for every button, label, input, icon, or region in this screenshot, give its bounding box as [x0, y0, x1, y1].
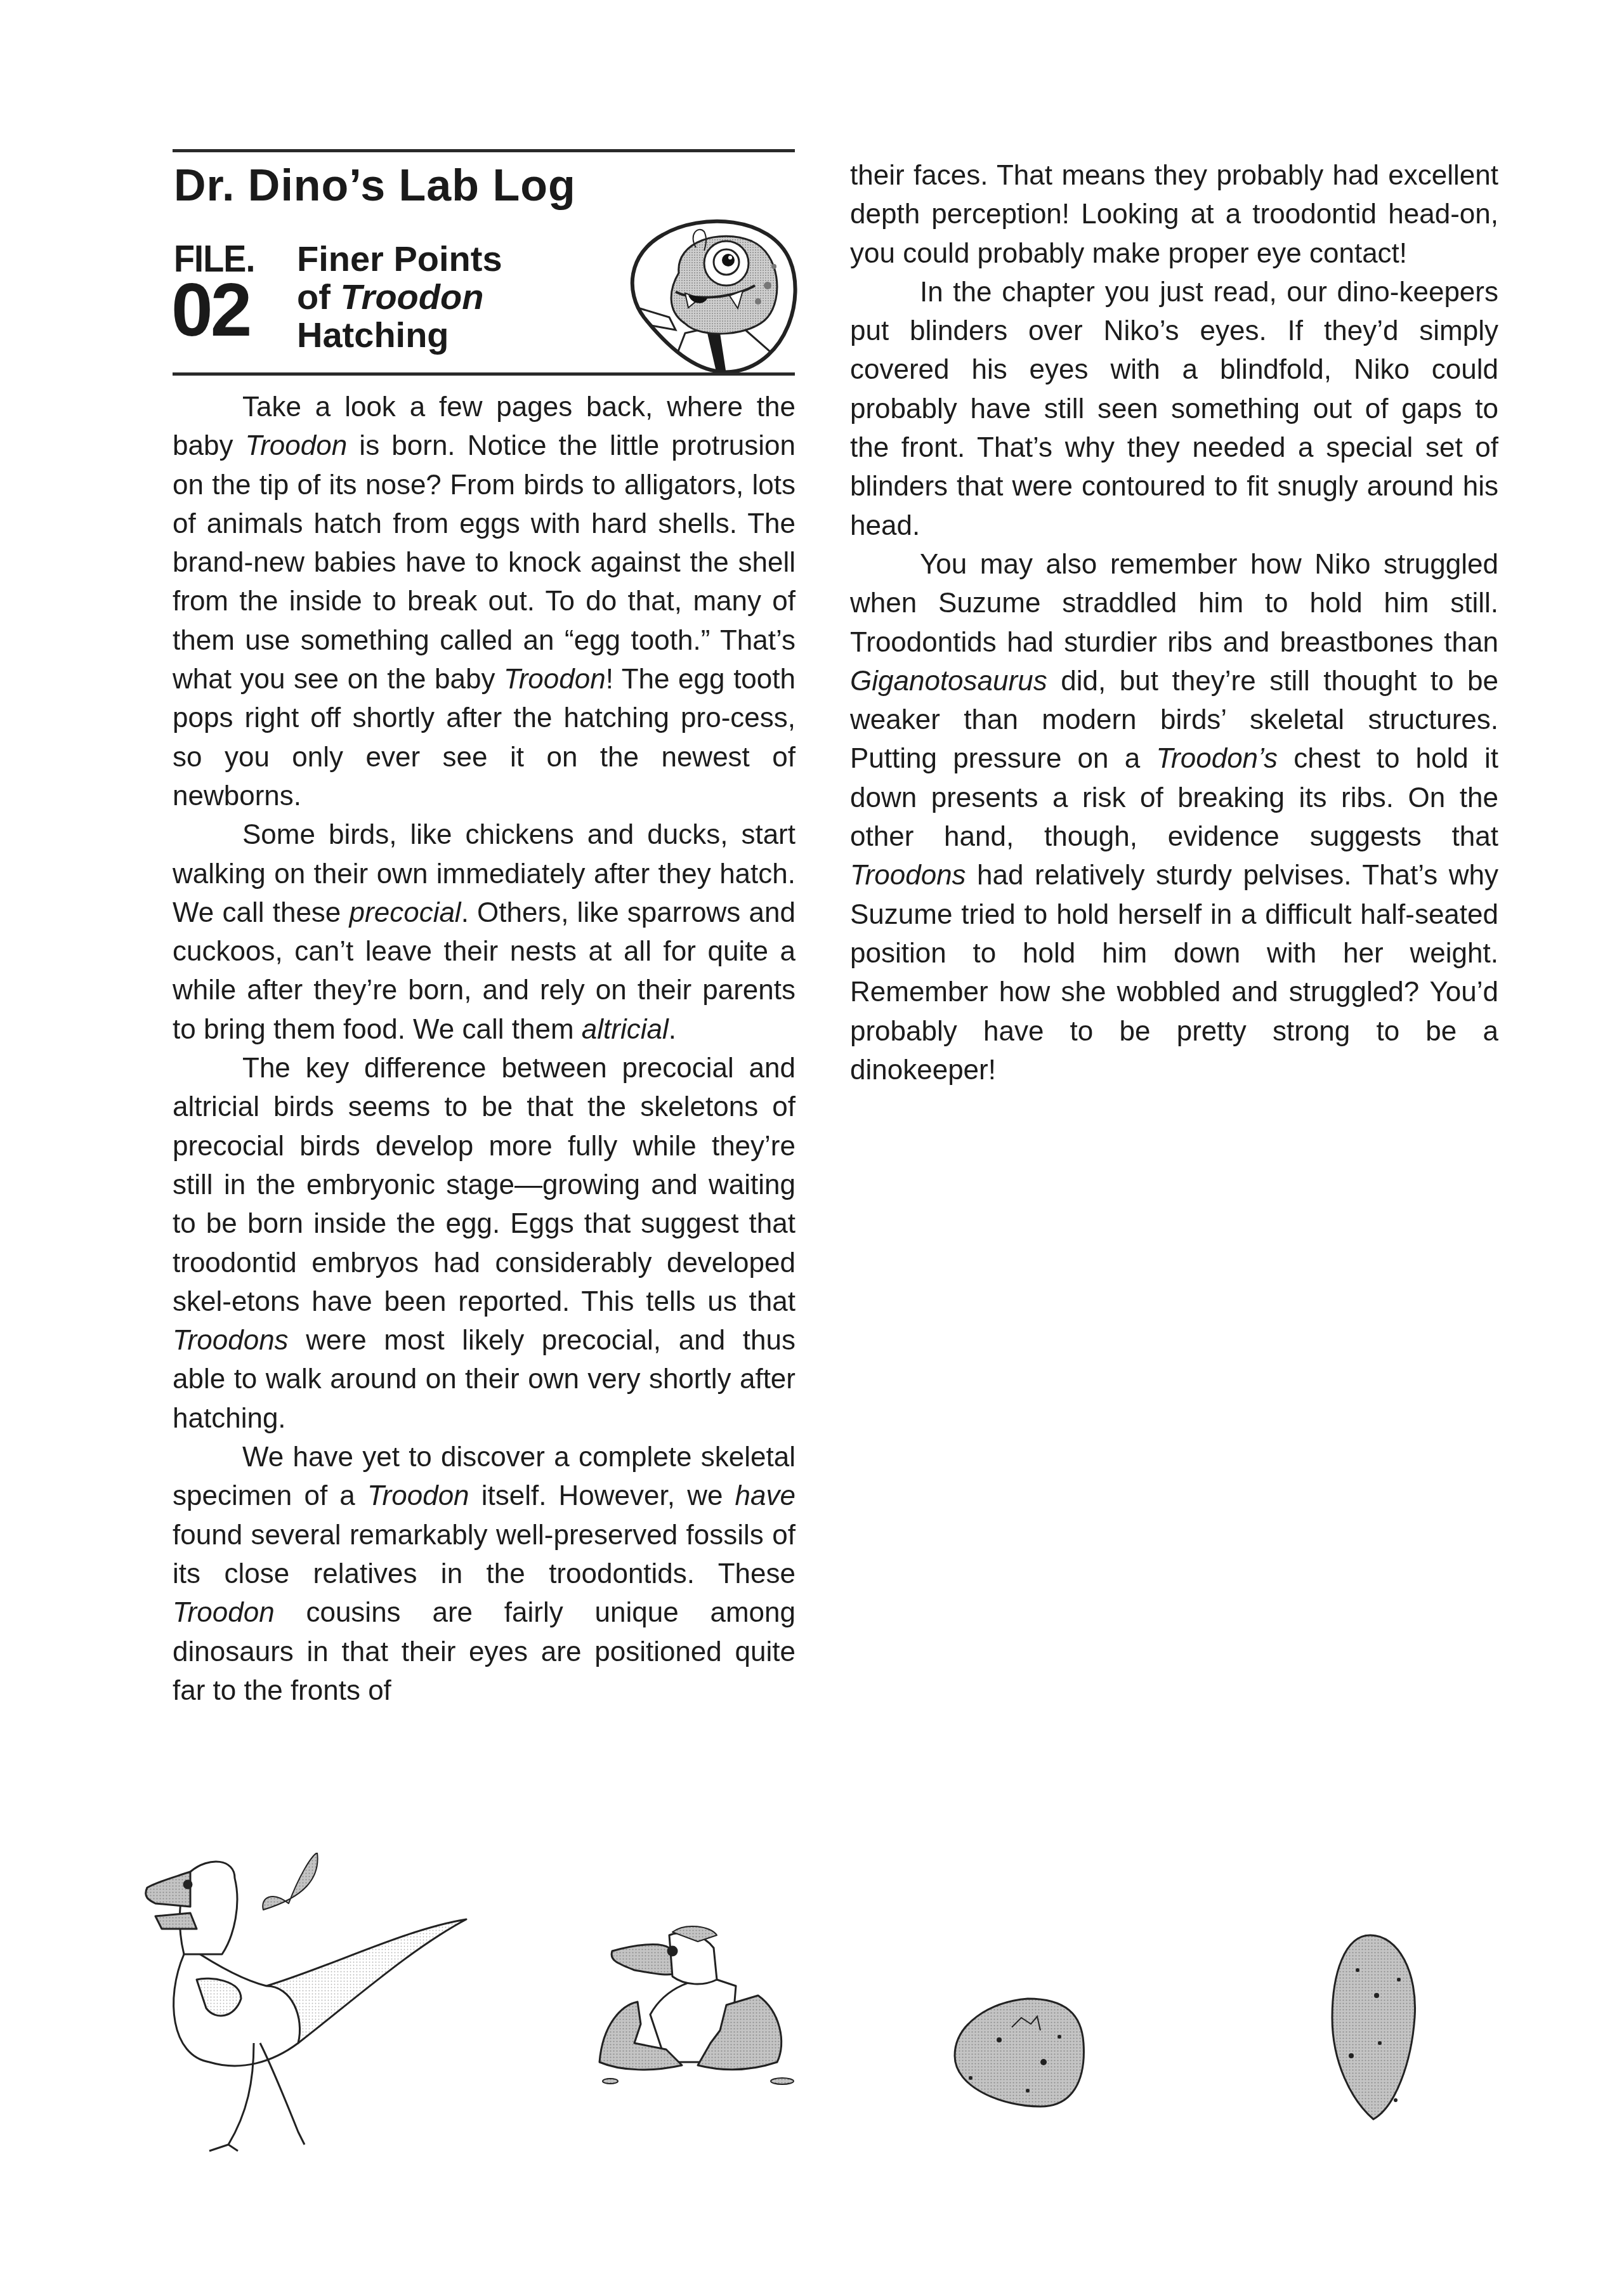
text-run: The key difference between precocial and… [173, 1053, 796, 1317]
article-left-column: Take a look a few pages back, where the … [173, 388, 796, 1710]
paragraph-precocial-altricial: Some birds, like chickens and ducks, sta… [173, 815, 796, 1049]
round-egg-cracked-icon [955, 1999, 1084, 2107]
italic-run: Troodon [367, 1480, 469, 1511]
italic-run: Troodon [246, 430, 348, 461]
hatching-illustrations [0, 1853, 1624, 2233]
paragraph-key-difference: The key difference between precocial and… [173, 1049, 796, 1438]
italic-run: Troodon’s [1156, 743, 1278, 774]
paragraph-suzume: You may also remember how Niko struggled… [850, 545, 1498, 1089]
italic-run: Giganotosaurus [850, 666, 1047, 697]
text-run: itself. However, we [469, 1480, 735, 1511]
elongated-egg-icon [1332, 1935, 1415, 2119]
paragraph-troodontid-fossils: We have yet to discover a complete skele… [173, 1438, 796, 1710]
italic-run: precocial [350, 897, 461, 928]
italic-run: altricial [582, 1014, 669, 1045]
italic-run: Troodon [173, 1597, 275, 1628]
paragraph-egg-tooth: Take a look a few pages back, where the … [173, 388, 796, 815]
article-right-column: their faces. That means they probably ha… [850, 156, 1498, 1089]
file-title-line3: Hatching [297, 316, 502, 354]
file-title-italic: Troodon [340, 277, 483, 317]
text-run: found several remarkably well-preserved … [173, 1520, 796, 1589]
text-run: had relatively sturdy pelvises. That’s w… [850, 860, 1498, 1085]
header-top-rule [173, 149, 795, 152]
troodon-hatching-egg-icon [599, 1926, 794, 2084]
text-run: You may also remember how Niko struggled… [850, 549, 1498, 658]
text-run: . [669, 1014, 676, 1045]
paragraph-depth-perception: their faces. That means they probably ha… [850, 156, 1498, 273]
page-title: Dr. Dino’s Lab Log [174, 160, 576, 211]
file-title-prefix: of [297, 277, 340, 317]
dr-dino-portrait-icon [625, 216, 802, 374]
italic-run: have [735, 1480, 796, 1511]
file-title-line2: of Troodon [297, 278, 502, 316]
italic-run: Troodons [850, 860, 966, 891]
troodon-hatchling-standing-icon [146, 1853, 466, 2151]
text-run: is born. Notice the little protrusion on… [173, 430, 796, 695]
paragraph-blinders: In the chapter you just read, our dino-k… [850, 273, 1498, 545]
italic-run: Troodons [173, 1325, 289, 1356]
file-title: Finer Points of Troodon Hatching [297, 240, 502, 354]
file-number: 02 [171, 273, 249, 348]
file-title-line1: Finer Points [297, 240, 502, 278]
italic-run: Troodon [504, 664, 606, 695]
header-bottom-rule [173, 372, 795, 376]
